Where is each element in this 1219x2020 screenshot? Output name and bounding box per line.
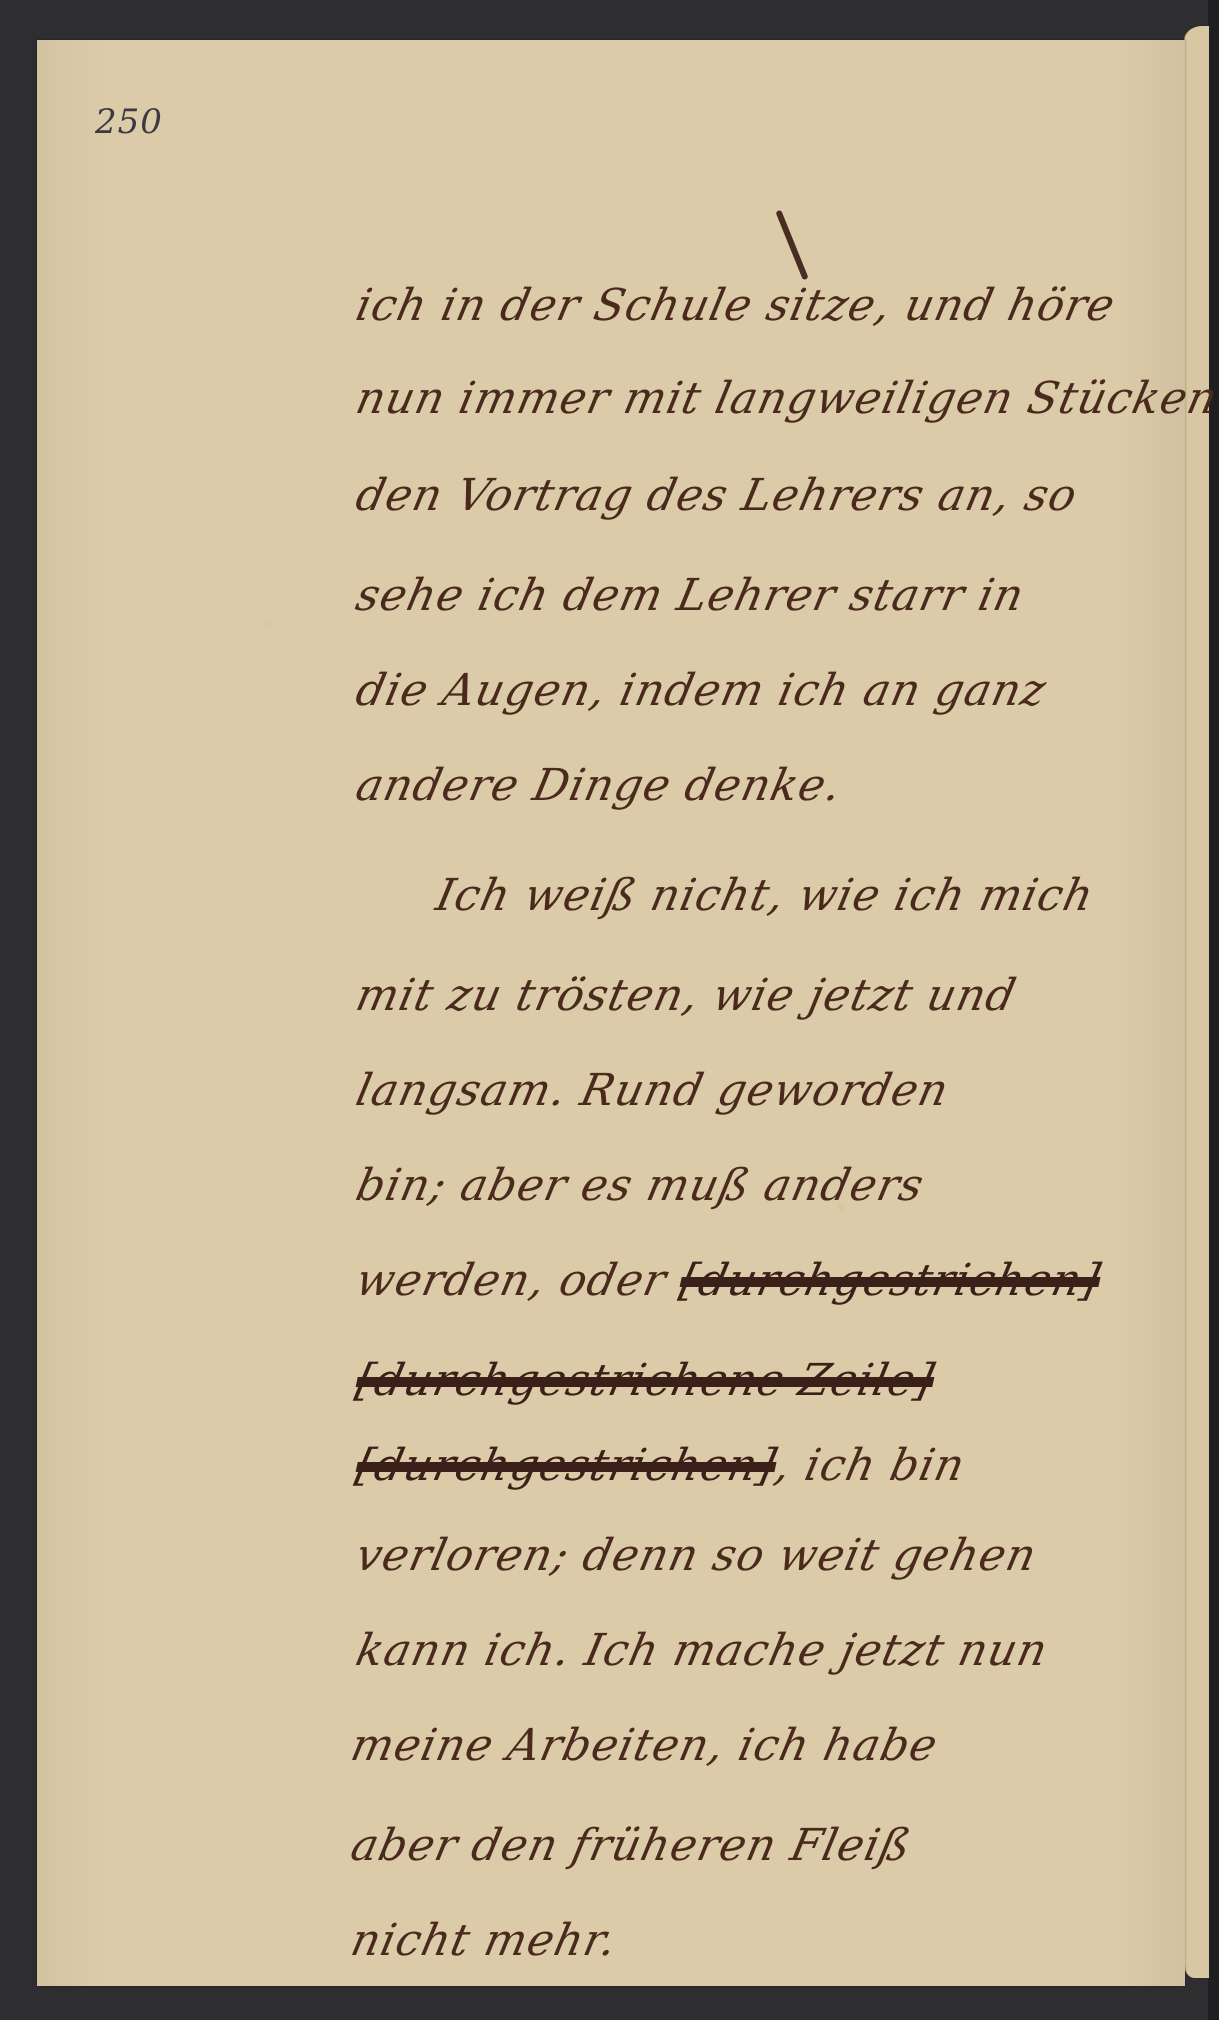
text-line-9: langsam. Rund geworden <box>352 1065 954 1116</box>
text-line-13-tail: , ich bin <box>770 1440 969 1491</box>
text-line-5: die Augen, indem ich an ganz <box>352 665 1052 716</box>
manuscript-page: 250 ich in der Schule sitze, und höre nu… <box>37 40 1185 1986</box>
text-line-7: Ich weiß nicht, wie ich mich <box>432 870 1099 921</box>
struck-line: [durchgestrichene Zeile] <box>352 1355 939 1406</box>
text-line-10: bin; aber es muß anders <box>352 1160 929 1211</box>
text-line-14: verloren; denn so weit gehen <box>352 1530 1042 1581</box>
text-line-2: nun immer mit langweiligen Stücken <box>352 373 1219 424</box>
ink-stroke-mark <box>775 210 808 281</box>
adjacent-page-edge <box>1184 26 1209 1978</box>
text-line-4: sehe ich dem Lehrer starr in <box>352 570 1029 621</box>
text-line-15: kann ich. Ich mache jetzt nun <box>352 1625 1053 1676</box>
folio-number: 250 <box>95 102 163 142</box>
text-line-11: werden, oder [durchgestrichen] <box>352 1255 1106 1306</box>
struck-text: [durchgestrichen] <box>352 1440 782 1491</box>
binding-shadow <box>1208 0 1219 2020</box>
manuscript-scan: 250 ich in der Schule sitze, und höre nu… <box>0 0 1219 2020</box>
text-line-17: aber den früheren Fleiß <box>347 1820 916 1871</box>
text-line-3: den Vortrag des Lehrers an, so <box>352 470 1082 521</box>
text-line-16: meine Arbeiten, ich habe <box>347 1720 943 1771</box>
text-line-18: nicht mehr. <box>347 1915 622 1966</box>
text-line-8: mit zu trösten, wie jetzt und <box>352 970 1021 1021</box>
text-line-11-start: werden, oder <box>352 1255 672 1306</box>
text-line-6: andere Dinge denke. <box>352 760 847 811</box>
text-line-13: [durchgestrichen], ich bin <box>352 1440 970 1491</box>
struck-text: [durchgestrichen] <box>676 1255 1106 1306</box>
text-line-1: ich in der Schule sitze, und höre <box>352 280 1120 331</box>
